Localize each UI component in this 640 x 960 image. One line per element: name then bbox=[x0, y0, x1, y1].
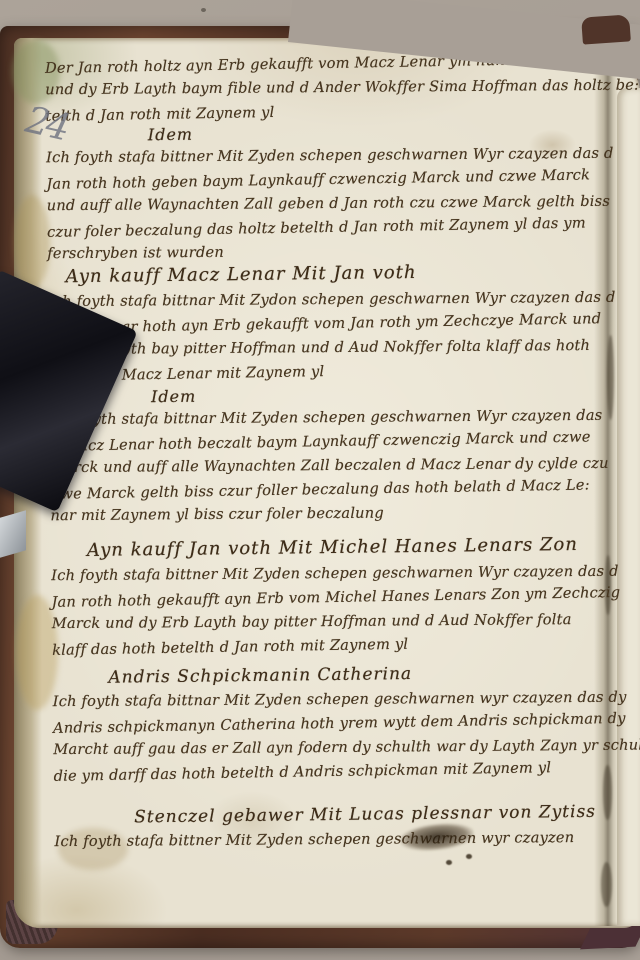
manuscript-line: nar mit Zaynem yl biss czur foler beczal… bbox=[50, 500, 608, 528]
entry-section: Ayn kauff Macz Lenar Mit Jan voth Ich fo… bbox=[47, 257, 606, 388]
page-stain bbox=[14, 195, 50, 290]
manuscript-photo: Der Jan roth holtz ayn Erb gekaufft vom … bbox=[0, 0, 640, 960]
manuscript-line: Ich foyth stafa bittner Mit Zyden schepe… bbox=[54, 826, 612, 854]
facing-page-edge bbox=[617, 88, 640, 926]
entry-section: Stenczel gebawer Mit Lucas plessnar von … bbox=[54, 799, 613, 856]
ink-dot bbox=[446, 860, 452, 865]
crease-grime bbox=[607, 335, 614, 420]
manuscript-text: Der Jan roth holtz ayn Erb gekaufft vom … bbox=[45, 43, 613, 910]
entry-section: Ayn kauff Jan voth Mit Michel Hanes Lena… bbox=[51, 531, 610, 662]
ink-dot bbox=[466, 854, 472, 859]
background-speck bbox=[201, 8, 206, 12]
strap-metal-glint bbox=[0, 510, 26, 557]
entry-section: Andris Schpickmanin Catherina Ich foyth … bbox=[52, 659, 611, 788]
entry-section: Idem Ich foyth stafa bittner Mit Zyden s… bbox=[46, 119, 606, 268]
book-cover-corner bbox=[580, 925, 640, 950]
book-cover-top-corner bbox=[581, 14, 631, 44]
entry-section: Idem Ich foyth stafa bittnar Mit Zyden s… bbox=[49, 381, 609, 530]
